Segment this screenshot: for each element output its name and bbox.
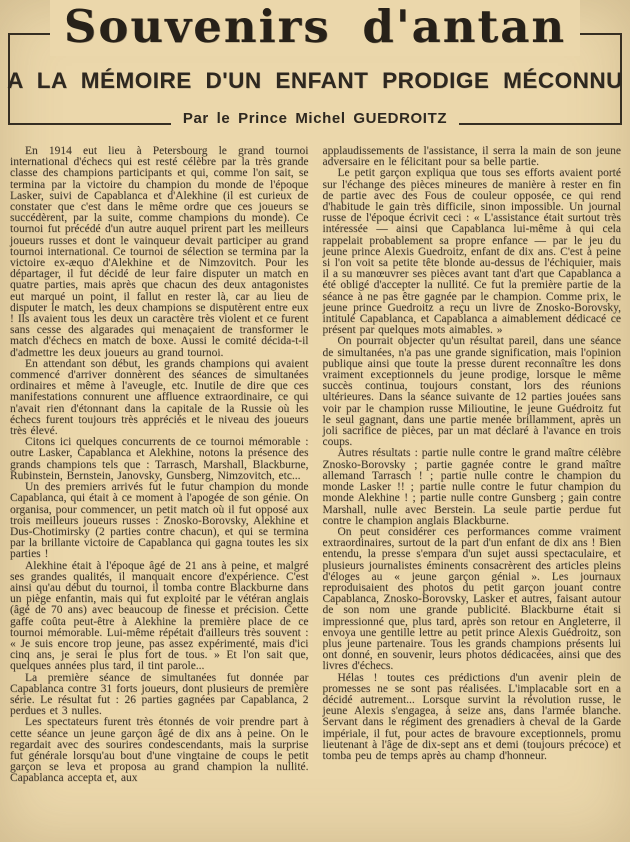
article-paragraph: Hélas ! toutes ces prédictions d'un aven… [323, 673, 622, 763]
byline-row: Par le Prince Michel GUEDROITZ [0, 107, 630, 131]
article-byline: Par le Prince Michel GUEDROITZ [171, 107, 459, 131]
article-body: En 1914 eut lieu à Petersbourg le grand … [0, 141, 630, 785]
article-paragraph: On pourrait objecter qu'un résultat pare… [323, 336, 622, 448]
article-paragraph: Alekhine était à l'époque âgé de 21 ans … [10, 561, 309, 673]
article-paragraph: La première séance de simultanées fut do… [10, 673, 309, 718]
article-paragraph: Un des premiers arrivés fut le futur cha… [10, 482, 309, 560]
article-paragraph: En attendant son début, les grands champ… [10, 359, 309, 437]
article-subtitle: A LA MÉMOIRE D'UN ENFANT PRODIGE MÉCONNU [7, 68, 623, 93]
article-paragraph: Autres résultats : partie nulle contre l… [323, 448, 622, 526]
subtitle-row: A LA MÉMOIRE D'UN ENFANT PRODIGE MÉCONNU [0, 68, 630, 94]
scanned-article-page: Souvenirs d'antan A LA MÉMOIRE D'UN ENFA… [0, 0, 630, 842]
article-paragraph: Le petit garçon expliqua que tous ses ef… [323, 168, 622, 336]
right-column: applaudissements de l'assistance, il ser… [323, 146, 622, 785]
title-row: Souvenirs d'antan [0, 0, 630, 67]
article-paragraph: On peut considérer ces performances comm… [323, 527, 622, 673]
article-paragraph: Les spectateurs furent très étonnés de v… [10, 717, 309, 784]
article-paragraph: En 1914 eut lieu à Petersbourg le grand … [10, 146, 309, 359]
article-paragraph: applaudissements de l'assistance, il ser… [323, 146, 622, 168]
article-paragraph: Citons ici quelques concurrents de ce to… [10, 437, 309, 482]
page-title: Souvenirs d'antan [50, 0, 580, 56]
left-column: En 1914 eut lieu à Petersbourg le grand … [10, 146, 309, 785]
article-header: Souvenirs d'antan A LA MÉMOIRE D'UN ENFA… [0, 0, 630, 141]
